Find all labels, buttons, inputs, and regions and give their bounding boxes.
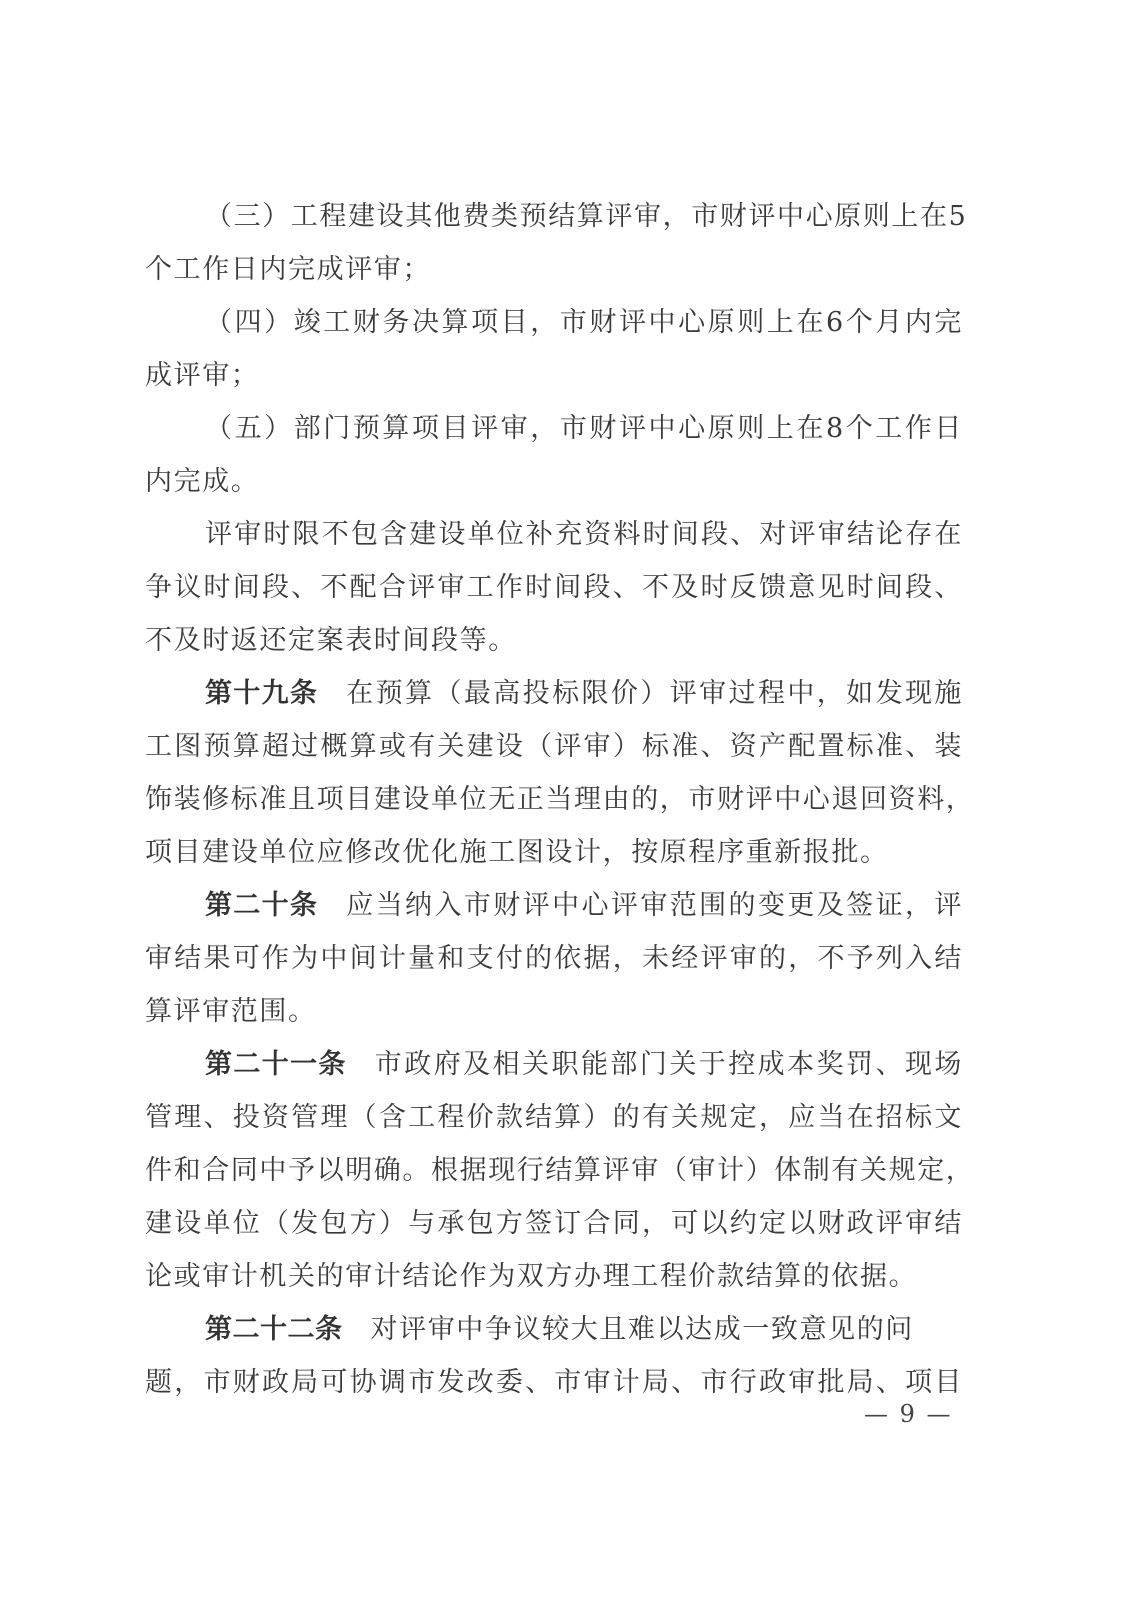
text-line: 审结果可作为中间计量和支付的依据，未经评审的，不予列入结: [145, 932, 963, 985]
article-heading: 第二十二条: [205, 1314, 343, 1345]
article-text: 应当纳入市财评中心评审范围的变更及签证，评: [346, 890, 963, 921]
text-line: （四）竣工财务决算项目，市财评中心原则上在6个月内完: [205, 296, 963, 349]
article-heading: 第二十条: [205, 890, 318, 921]
article-heading: 第十九条: [205, 678, 318, 709]
text-line: 内完成。: [145, 455, 259, 508]
text-line: 管理、投资管理（含工程价款结算）的有关规定，应当在招标文: [145, 1091, 963, 1144]
article-text: 对评审中争议较大且难以达成一致意见的问: [371, 1314, 914, 1345]
article-22-line: 第二十二条对评审中争议较大且难以达成一致意见的问: [205, 1303, 914, 1356]
text-line: 评审时限不包含建设单位补充资料时间段、对评审结论存在: [205, 508, 963, 561]
article-heading: 第二十一条: [205, 1049, 347, 1080]
article-text: 在预算（最高投标限价）评审过程中，如发现施: [346, 678, 963, 709]
text-line: （五）部门预算项目评审，市财评中心原则上在8个工作日: [205, 402, 963, 455]
text-line: 成评审；: [145, 349, 259, 402]
article-21-line: 第二十一条市政府及相关职能部门关于控成本奖罚、现场: [205, 1038, 963, 1091]
text-line: 算评审范围。: [145, 985, 317, 1038]
article-20-line: 第二十条应当纳入市财评中心评审范围的变更及签证，评: [205, 879, 963, 932]
text-line: 个工作日内完成评审；: [145, 243, 431, 296]
article-19-line: 第十九条在预算（最高投标限价）评审过程中，如发现施: [205, 667, 963, 720]
text-line: 题，市财政局可协调市发改委、市审计局、市行政审批局、项目: [145, 1356, 963, 1409]
text-line: 不及时返还定案表时间段等。: [145, 614, 517, 667]
page-number: — 9 —: [864, 1400, 953, 1428]
text-line: 争议时间段、不配合评审工作时间段、不及时反馈意见时间段、: [145, 561, 963, 614]
article-text: 市政府及相关职能部门关于控成本奖罚、现场: [375, 1049, 963, 1080]
text-line: 工图预算超过概算或有关建设（评审）标准、资产配置标准、装: [145, 720, 963, 773]
text-line: 项目建设单位应修改优化施工图设计，按原程序重新报批。: [145, 826, 889, 879]
text-line: （三）工程建设其他费类预结算评审，市财评中心原则上在5: [205, 190, 963, 243]
text-line: 饰装修标准且项目建设单位无正当理由的，市财评中心退回资料，: [145, 773, 963, 826]
text-line: 件和合同中予以明确。根据现行结算评审（审计）体制有关规定，: [145, 1144, 963, 1197]
text-line: 建设单位（发包方）与承包方签订合同，可以约定以财政评审结: [145, 1197, 963, 1250]
text-line: 论或审计机关的审计结论作为双方办理工程价款结算的依据。: [145, 1250, 917, 1303]
